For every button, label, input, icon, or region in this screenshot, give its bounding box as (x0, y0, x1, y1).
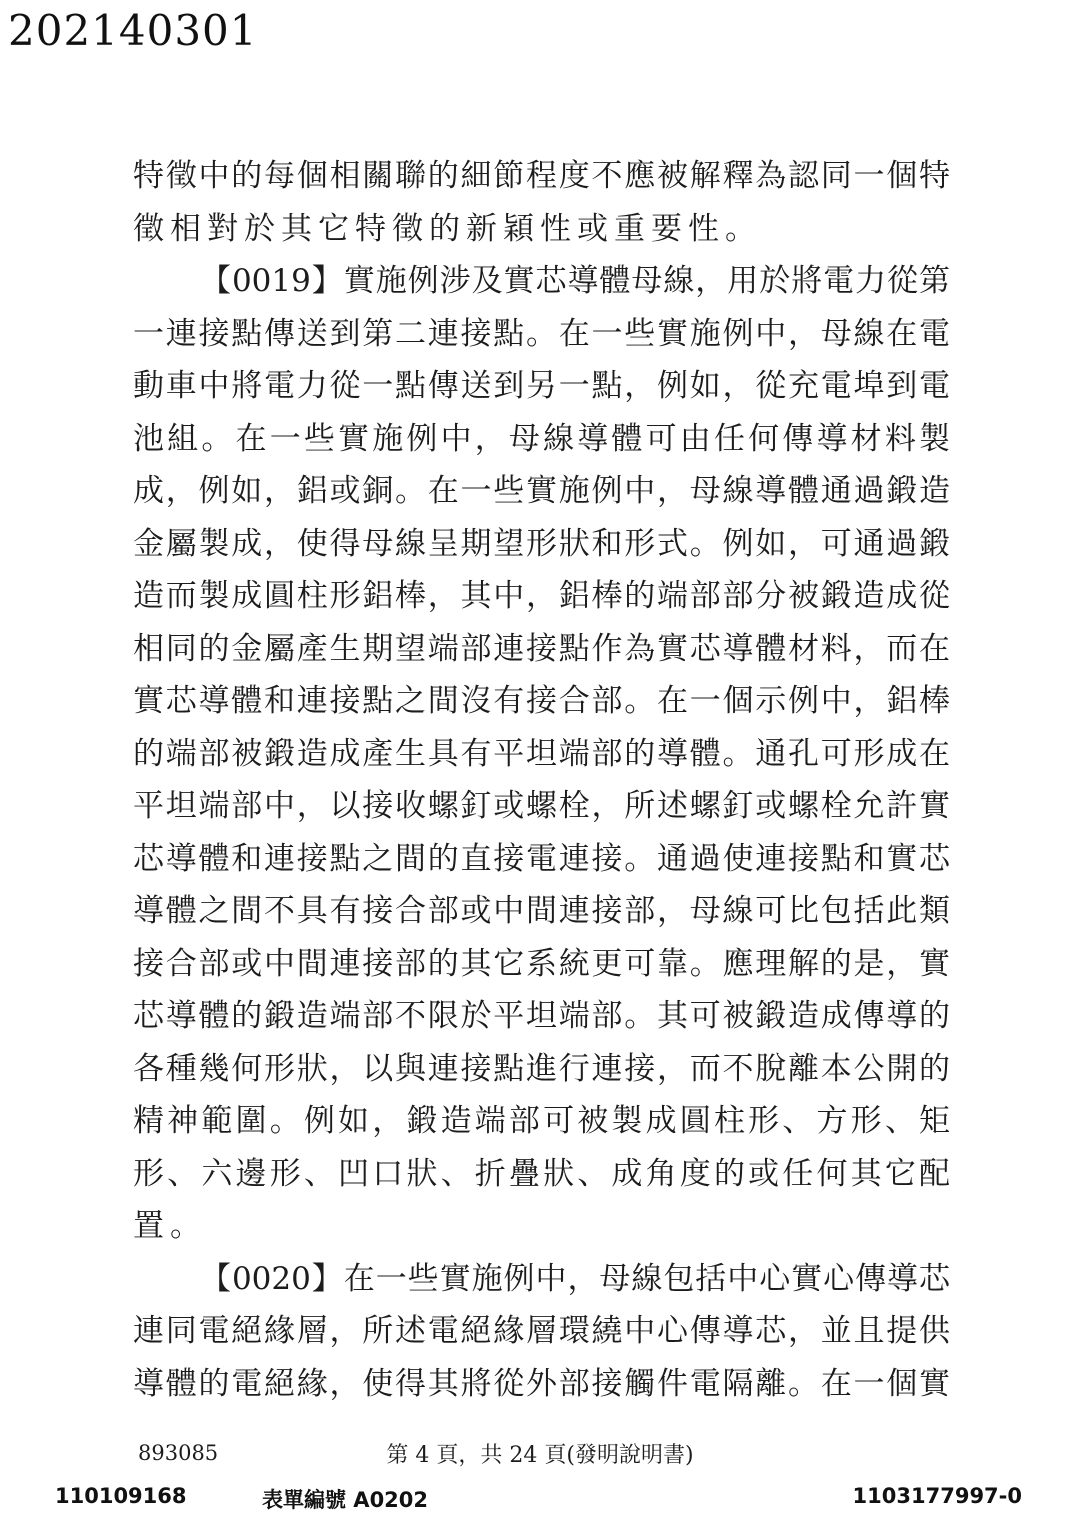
body-line: 特徵中的每個相關聯的細節程度不應被解釋為認同一個特 (133, 150, 950, 203)
body-line: 動車中將電力從一點傳送到另一點，例如，從充電埠到電 (133, 360, 950, 413)
footer-page-info: 第 4 頁，共 24 頁(發明說明書) (0, 1438, 1080, 1469)
footer-reference-number: 1103177997-0 (853, 1484, 1022, 1508)
body-line: 成，例如，鋁或銅。在一些實施例中，母線導體通過鍛造 (133, 465, 950, 518)
body-line: 芯導體和連接點之間的直接電連接。通過使連接點和實芯 (133, 833, 950, 886)
body-line: 金屬製成，使得母線呈期望形狀和形式。例如，可通過鍛 (133, 518, 950, 571)
body-line: 精神範圍。例如，鍛造端部可被製成圓柱形、方形、矩 (133, 1095, 950, 1148)
body-line: 一連接點傳送到第二連接點。在一些實施例中，母線在電 (133, 308, 950, 361)
body-line: 的端部被鍛造成產生具有平坦端部的導體。通孔可形成在 (133, 728, 950, 781)
body-line: 徵相對於其它特徵的新穎性或重要性。 (133, 203, 950, 256)
body-line: 各種幾何形狀，以與連接點進行連接，而不脫離本公開的 (133, 1043, 950, 1096)
body-line-paragraph-0020: 【0020】在一些實施例中，母線包括中心實心傳導芯 (133, 1253, 950, 1306)
body-line: 相同的金屬產生期望端部連接點作為實芯導體材料，而在 (133, 623, 950, 676)
footer-application-number: 110109168 (55, 1484, 187, 1508)
body-line: 導體之間不具有接合部或中間連接部，母線可比包括此類 (133, 885, 950, 938)
body-line: 形、六邊形、凹口狀、折疊狀、成角度的或任何其它配 (133, 1148, 950, 1201)
body-line-paragraph-0019: 【0019】實施例涉及實芯導體母線，用於將電力從第 (133, 255, 950, 308)
patent-document-page: 202140301 特徵中的每個相關聯的細節程度不應被解釋為認同一個特 徵相對於… (0, 0, 1080, 1526)
body-line: 接合部或中間連接部的其它系統更可靠。應理解的是，實 (133, 938, 950, 991)
body-line: 連同電絕緣層，所述電絕緣層環繞中心傳導芯，並且提供 (133, 1305, 950, 1358)
body-line: 實芯導體和連接點之間沒有接合部。在一個示例中，鋁棒 (133, 675, 950, 728)
footer-form-number: 表單編號 A0202 (262, 1484, 428, 1514)
body-line: 芯導體的鍛造端部不限於平坦端部。其可被鍛造成傳導的 (133, 990, 950, 1043)
specification-body: 特徵中的每個相關聯的細節程度不應被解釋為認同一個特 徵相對於其它特徵的新穎性或重… (133, 150, 950, 1410)
body-line: 池組。在一些實施例中，母線導體可由任何傳導材料製 (133, 413, 950, 466)
body-line: 置。 (133, 1200, 950, 1253)
publication-number: 202140301 (8, 6, 258, 55)
body-line: 平坦端部中，以接收螺釘或螺栓，所述螺釘或螺栓允許實 (133, 780, 950, 833)
body-line: 造而製成圓柱形鋁棒，其中，鋁棒的端部部分被鍛造成從 (133, 570, 950, 623)
body-line: 導體的電絕緣，使得其將從外部接觸件電隔離。在一個實 (133, 1358, 950, 1411)
